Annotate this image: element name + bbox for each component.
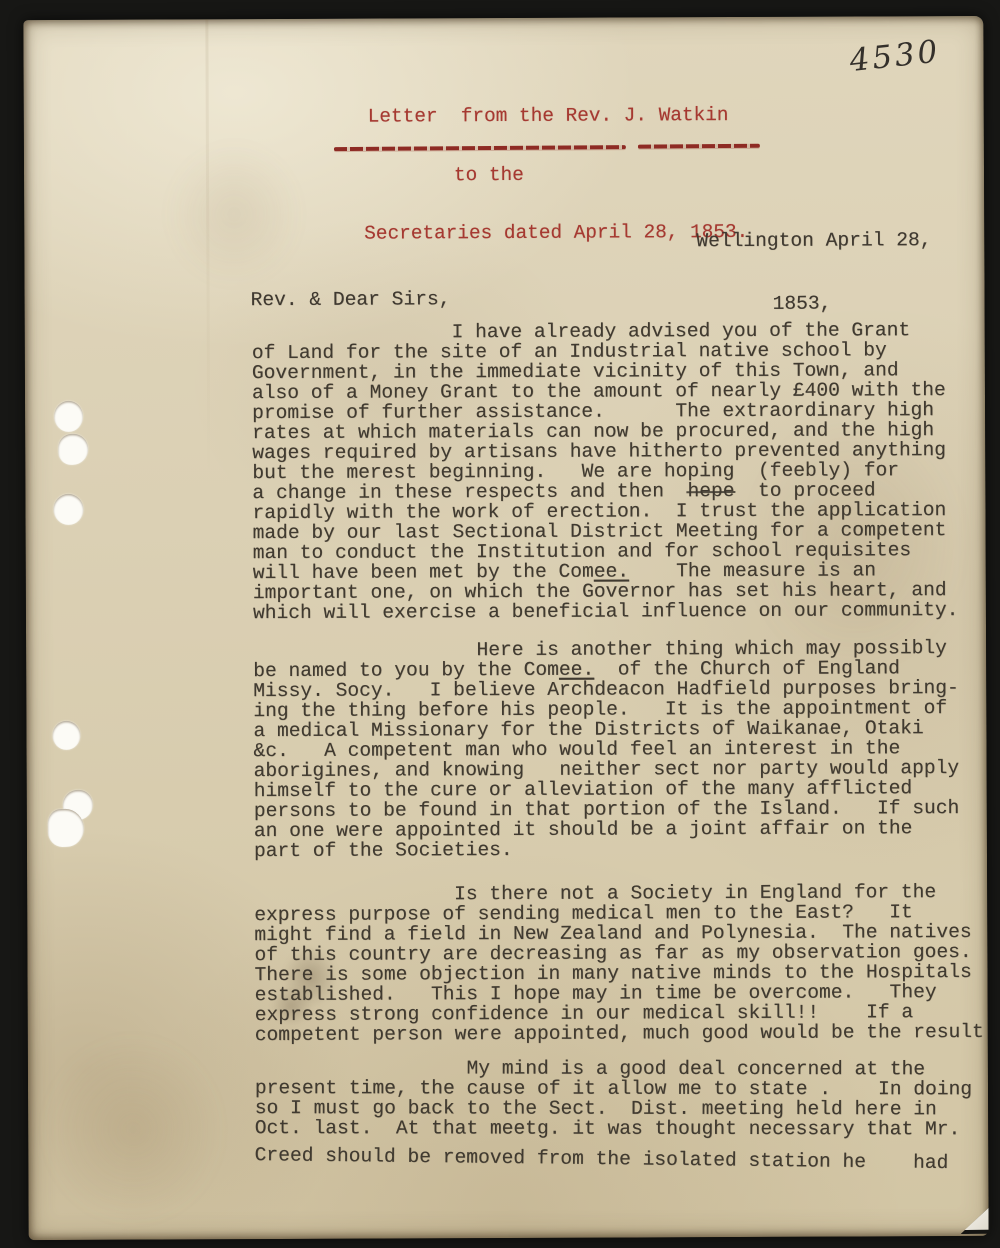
punch-hole (58, 434, 88, 465)
punch-hole (52, 721, 80, 750)
letter-line: competent person were appointed, much go… (255, 1022, 1000, 1045)
heading-line-3: Secretaries dated April 28, 1853. (364, 223, 748, 244)
paper-stain (144, 119, 325, 310)
punch-hole (53, 494, 83, 525)
paragraph: I have already advised you of the Granto… (252, 320, 1000, 623)
letter-line: My mind is a good deal concerned at the (255, 1058, 1000, 1079)
handwritten-archive-number: 4530 (848, 33, 942, 79)
letter-line: an one were appointed it should be a joi… (254, 818, 1000, 841)
letter-body: I have already advised you of the Granto… (252, 320, 1000, 1165)
dateline-year: 1853, (773, 293, 932, 315)
salutation: Rev. & Dear Sirs, (251, 288, 451, 311)
heading-line-1: Letter from the Rev. J. Watkin (368, 106, 748, 127)
paragraph: My mind is a good deal concerned at thep… (255, 1058, 1000, 1166)
paragraph: Here is another thing which may possibly… (253, 638, 1000, 861)
paper-crease (205, 19, 210, 479)
letter-heading: Letter from the Rev. J. Watkin to the Se… (368, 67, 749, 283)
paragraph: Is there not a Society in England for th… (254, 882, 1000, 1045)
letter-line: Oct. last. At that meetg. it was thought… (255, 1118, 1000, 1139)
letter-page: 4530 Letter from the Rev. J. Watkin to t… (23, 16, 988, 1240)
heading-underline-rule (638, 144, 760, 149)
letter-line: Creed should be removed from the isolate… (254, 1145, 1000, 1173)
dateline-place-date: Wellington April 28, (696, 230, 931, 252)
heading-line-2: to the (454, 164, 748, 185)
letter-line: present time, the cause of it allow me t… (255, 1078, 1000, 1099)
punch-hole (54, 401, 83, 432)
folded-corner (965, 1208, 989, 1230)
paper-stain (18, 1009, 249, 1248)
scan-background: { "annotation_number": "4530", "header":… (0, 0, 1000, 1248)
punch-hole (48, 809, 84, 847)
letter-line: part of the Societies. (254, 838, 1000, 861)
letter-line: so I must go back to the Sect. Dist. mee… (255, 1098, 1000, 1119)
letter-line: which will exercise a beneficial influen… (253, 600, 1000, 623)
